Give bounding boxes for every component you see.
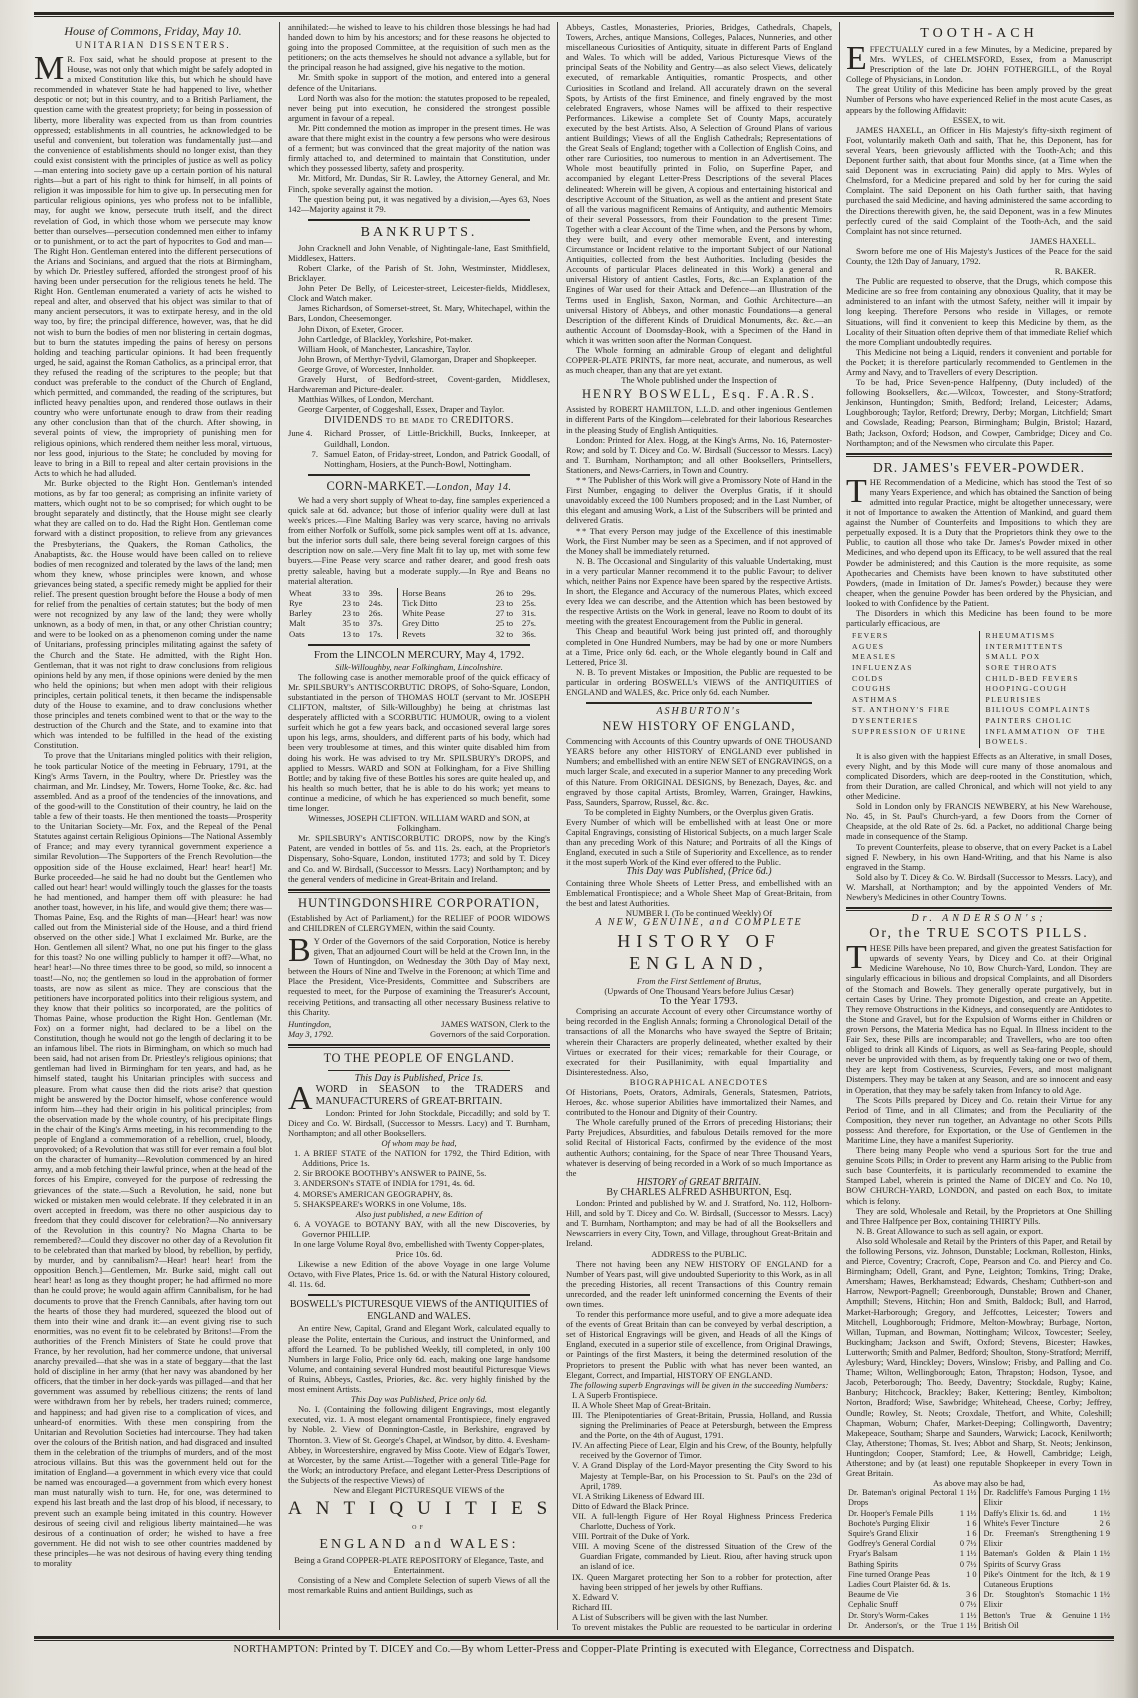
column-2: annihilated:—he wished to leave to his c… [288, 22, 550, 1630]
grain-price-cell: Oats [288, 629, 333, 639]
medicine-price-row: Cephalic Snuff0 7½ [848, 1600, 977, 1610]
scots-text: HESE Pills have been prepared, and given… [846, 943, 1112, 1094]
column-3: Abbeys, Castles, Monasteries, Priories, … [566, 22, 832, 1630]
medicine-price-left: Dr. Bateman's original Pectoral Drops1 1… [846, 1488, 979, 1630]
drop-cap: E [846, 45, 867, 73]
grain-price-row: Oats13to17s.Revets32to36s. [288, 629, 550, 639]
medicine-price-right: Dr. Radcliffe's Famous Purging Elixir1 1… [979, 1488, 1112, 1630]
grain-price-cell: 24s. [368, 598, 398, 608]
dividend-text: Samuel Eaton, of Friday-street, London, … [324, 449, 550, 469]
sig-date: May 3, 1792. [288, 1029, 333, 1039]
book-list-item: 3. ANDERSON's STATE of INDIA for 1791, 4… [288, 1178, 550, 1188]
engraving-item: VIII. A moving Scene of the distressed S… [566, 1541, 832, 1571]
grain-price-cell: to [352, 588, 368, 598]
medicine-price: 1 9 [1097, 1570, 1110, 1590]
sig-clerk: JAMES WATSON, Clerk to theGovernors of t… [430, 1019, 550, 1039]
sig-place-name: Huntingdon, [288, 1019, 331, 1029]
medicine-price-row: Dr. Stoughton's Stomachic Elixir1 1½ [984, 1590, 1111, 1610]
article-paragraph: Mr. Burke objected to the Right Hon. Gen… [34, 478, 272, 751]
disorder-item: HOOPING-COUGH [986, 684, 1107, 695]
lincoln-mercury-subtitle: Silk-Willoughby, near Folkingham, Lincol… [288, 662, 550, 672]
medicine-price-table: Dr. Bateman's original Pectoral Drops1 1… [846, 1488, 1112, 1630]
disorders-left-column: FEVERSAGUESMEASLESINFLUENZASCOLDSCOUGHSA… [846, 631, 979, 748]
disorder-item: AGUES [852, 642, 973, 653]
medicine-price-row: Dr. Story's Worm-Cakes1 1½ [848, 1611, 977, 1621]
item-description: In one large Volume Royal 8vo, embellish… [288, 1239, 550, 1259]
scots-pills-title: Or, the TRUE SCOTS PILLS. [846, 926, 1112, 941]
page-edge-shadow [1124, 0, 1138, 1698]
anderson-name: Dr. ANDERSON's; [846, 914, 1112, 924]
engraving-item: X. Edward V. [566, 1592, 832, 1602]
likewise-text: Likewise a new Edition of the above Voya… [288, 1259, 550, 1289]
medicine-name: Beaume de Vie [848, 1590, 899, 1600]
medicine-name: Daffy's Elixir 1s. 6d. and [984, 1509, 1067, 1519]
medicine-price-row: Dr. Anderson's, or the True Scots Pills1… [848, 1621, 977, 1630]
sold-also: Sold also by T. Dicey & Co. W. Birdsall … [846, 872, 1112, 902]
also-published: Also just published, a new Edition of [288, 1209, 550, 1219]
medicine-price-row: Fryar's Balsam1 1½ [848, 1549, 977, 1559]
bankrupt-entry: Matthias Wilkes, of London, Merchant. [288, 394, 550, 404]
disorders-table: FEVERSAGUESMEASLESINFLUENZASCOLDSCOUGHSA… [846, 631, 1112, 748]
sold-london: Sold in London only by FRANCIS NEWBERY, … [846, 801, 1112, 841]
book-list-item: 6. A VOYAGE to BOTANY BAY, with all the … [288, 1219, 550, 1239]
grain-price-cell: Horse Beans [398, 588, 487, 598]
engraving-item: IV. An affecting Piece of Lear, Elgin an… [566, 1440, 832, 1460]
bankrupt-entry: Robert Clarke, of the Parish of St. John… [288, 263, 550, 283]
medicine-price [974, 1580, 977, 1590]
article-paragraph: Lord North was also for the motion: the … [288, 93, 550, 123]
medicine-price-row: Godfrey's General Cordial0 7½ [848, 1539, 977, 1549]
disorder-item: RHEUMATISMS [986, 631, 1107, 642]
medicine-price-row: Dr. Hooper's Female Pills1 1½ [848, 1509, 977, 1519]
bankrupt-entry: Gravely Hurst, of Bedford-street, Covent… [288, 374, 550, 394]
medicine-price: 1 6 [963, 1519, 976, 1529]
as-above: As above may also be had, [846, 1478, 1112, 1488]
engraving-item: VIII. Portrait of the Duke of York. [566, 1531, 832, 1541]
grain-price-cell: 31s. [521, 608, 550, 618]
grain-price-cell: White Pease [398, 608, 487, 618]
grain-price-cell: Rye [288, 598, 333, 608]
witnesses: Witnesses, JOSEPH CLIFTON. WILLIAM WARD … [288, 813, 550, 833]
section-rule [288, 1044, 550, 1048]
medicine-price-row: Bateman's Golden & Plain Spirits of Scur… [984, 1549, 1111, 1569]
baker-signature: R. BAKER. [846, 266, 1112, 276]
medicine-name: Dr. Story's Worm-Cakes [848, 1611, 929, 1621]
corn-market-dateline: —London, May 14. [426, 482, 511, 493]
grain-price-table: Wheat33to39s.Horse Beans26to29s.Rye23to2… [288, 588, 550, 639]
grain-price-cell: to [352, 608, 368, 618]
medicine-name: White's Fever Tincture [984, 1519, 1060, 1529]
whole-pruned: The Whole carefully pruned of the Errors… [566, 1117, 832, 1178]
drop-cap: M [34, 55, 64, 83]
engravings-list: I. A Superb Frontispiece.II. A Whole She… [566, 1390, 832, 1630]
published-notice: This Day is Published, Price 1s. [288, 1074, 550, 1084]
scots-paragraph: Also sold Wholesale and Retail by the Pr… [846, 1236, 1112, 1478]
medicine-price: 1 1½ [957, 1488, 977, 1508]
affidavit-text: JAMES HAXELL, an Officer in His Majesty'… [846, 125, 1112, 236]
ashburton-title: NEW HISTORY OF ENGLAND, [566, 719, 832, 734]
tooth-lead: FFECTUALLY cured in a few Minutes, by a … [846, 44, 1112, 84]
disorder-item: ST. ANTHONY'S FIRE [852, 705, 973, 716]
fever-text: HE Recommendation of a Medicine, which h… [846, 477, 1112, 608]
note-paragraph: * * That every Person may judge of the E… [566, 526, 832, 556]
section-rule [288, 889, 550, 893]
disorder-item: PLEURISIES [986, 695, 1107, 706]
grain-price-cell: to [352, 618, 368, 628]
medicine-price-row: Dr. Radcliffe's Famous Purging Elixir1 1… [984, 1488, 1111, 1508]
sworn-text: Sworn before me one of His Majesty's Jus… [846, 246, 1112, 266]
engraving-item: To prevent mistakes the Public are reque… [566, 1622, 832, 1630]
engraving-item: A List of Subscribers will be given with… [566, 1612, 832, 1622]
grain-price-cell: 13 [333, 629, 352, 639]
grain-price-cell: to [505, 629, 521, 639]
every-number: Every Number of which will be embellishe… [566, 817, 832, 867]
grain-price-cell: 23 [333, 608, 352, 618]
grain-price-cell: 23 [333, 598, 352, 608]
lincoln-mercury-title: From the LINCOLN MERCURY, May 4, 1792. [288, 649, 550, 662]
superb-intro: The following superb Engravings will be … [566, 1380, 832, 1390]
disorder-item: FEVERS [852, 631, 973, 642]
medicine-name: Bathing Spirits [848, 1560, 898, 1570]
medicine-price: 1 6 [963, 1529, 976, 1539]
medicine-price-row: Bathing Spirits0 7½ [848, 1560, 977, 1570]
grain-price-cell: Wheat [288, 588, 333, 598]
huntingdon-signature: Huntingdon,May 3, 1792. JAMES WATSON, Cl… [288, 1019, 550, 1039]
masthead-rule [34, 12, 1114, 17]
new-elegant: New and Elegant PICTURESQUE VIEWS of the [288, 1485, 550, 1495]
section-header-bankrupts: BANKRUPTS. [288, 224, 550, 241]
grain-price-cell: 23 [486, 598, 505, 608]
article-paragraph: Mr. Smith spoke in support of the motion… [288, 72, 550, 92]
grain-price-cell: Revets [398, 629, 487, 639]
bankrupt-entry: James Richardson, of Somerset-street, St… [288, 303, 550, 323]
medicine-price: 1 1½ [957, 1549, 977, 1559]
article-paragraph: Mr. Pitt condemned the motion as imprope… [288, 123, 550, 173]
medicine-price: 0 7½ [957, 1560, 977, 1570]
grain-price-cell: 29s. [521, 588, 550, 598]
dividend-date: 7. [288, 449, 324, 469]
bankrupt-entry: John Dixon, of Exeter, Grocer. [288, 324, 550, 334]
section-rule [846, 453, 1112, 457]
history-of-england: HISTORY OF ENGLAND, [566, 930, 832, 974]
book-list-item: 2. Sir BROOKE BOOTHBY's ANSWER to PAINE,… [288, 1168, 550, 1178]
dividend-row: June 4. Richard Prosser, of Little-Brick… [288, 428, 550, 448]
column-1: House of Commons, Friday, May 10. UNITAR… [34, 22, 272, 1630]
essex-heading: ESSEX, to wit. [846, 115, 1112, 125]
scots-paragraph: N. B. Great Allowance to such as sell ag… [846, 1226, 1112, 1236]
medicine-price: 1 1½ [1090, 1509, 1110, 1519]
sig-name: JAMES WATSON, Clerk to the [441, 1019, 550, 1029]
medicine-price: 1 1½ [1090, 1611, 1110, 1630]
drop-cap: T [846, 944, 867, 972]
london-printed: London: Printed for Alex. Hogg, at the K… [566, 435, 832, 475]
of-word: OF [288, 1523, 550, 1533]
to-year: To the Year 1793. [566, 996, 832, 1006]
note-paragraph: * * The Publisher of this Work will give… [566, 475, 832, 525]
book-list-item: 1. A BRIEF STATE of the NATION for 1792,… [288, 1148, 550, 1168]
section-rule [308, 644, 530, 646]
disorder-item: INTERMITTENTS [986, 642, 1107, 653]
medicine-name: Dr. Bateman's original Pectoral Drops [848, 1488, 957, 1508]
word-in-season-headline: WORD in SEASON to the TRADERS and MANUFA… [316, 1084, 550, 1107]
grain-price-row: Barley23to26s.White Pease27to31s. [288, 608, 550, 618]
drop-cap: B [288, 937, 311, 965]
disorder-item: INFLAMMATION OF THE BOWELS. [986, 727, 1107, 748]
medicine-name: Squire's Grand Elixir [848, 1529, 918, 1539]
medicine-price-row: Daffy's Elixir 1s. 6d. and1 1½ [984, 1509, 1111, 1519]
medicine-price-row: Bochote's Purging Elixir1 6 [848, 1519, 977, 1529]
scots-paragraph: They are sold, Wholesale and Retail, by … [846, 1206, 1112, 1226]
medicine-price: 3 6 [963, 1590, 976, 1600]
book-list-item: 5. SHAKSPEARE's WORKS in one Volume, 18s… [288, 1199, 550, 1209]
medicine-name: Fine turned Orange Peas [848, 1570, 930, 1580]
dividend-text: Richard Prosser, of Little-Brickhill, Bu… [324, 428, 550, 448]
disorder-item: CHILD-BED FEVERS [986, 674, 1107, 685]
medicine-price-row: White's Fever Tincture2 6 [984, 1519, 1111, 1529]
grain-price-cell: 25s. [521, 598, 550, 608]
bankrupt-entry: John Cracknell and John Venable, of Nigh… [288, 243, 550, 263]
medicine-price-row: Beaume de Vie3 6 [848, 1590, 977, 1600]
medicine-price: 1 1½ [1090, 1488, 1110, 1508]
corn-market-report: We had a very short supply of Wheat to-d… [288, 495, 550, 586]
genuine-complete: A NEW, GENUINE, and COMPLETE [566, 918, 832, 928]
ashburton-name: ASHBURTON's [566, 707, 832, 717]
medicine-price: 1 1½ [1090, 1590, 1110, 1610]
eighty-numbers: To be completed in Eighty Numbers, or th… [566, 807, 832, 817]
medicine-price: 0 7½ [957, 1539, 977, 1549]
to-be-had: To be had, Price Seven-pence Halfpenny, … [846, 377, 1112, 448]
scots-paragraph: The Scots Pills prepared by Dicey and Co… [846, 1095, 1112, 1145]
disorder-item: MEASLES [852, 652, 973, 663]
medicine-price: 1 0 [963, 1570, 976, 1580]
bankrupt-entry: John Cartledge, of Blackley, Yorkshire, … [288, 334, 550, 344]
section-rule [586, 702, 812, 704]
printer-imprint: NORTHAMPTON: Printed by T. DICEY and Co.… [34, 1643, 1114, 1656]
grain-price-cell: to [352, 629, 368, 639]
article-paragraph: R. Fox said, what he should propose at p… [34, 54, 272, 478]
engraving-item: I. A Superb Frontispiece. [566, 1390, 832, 1400]
disorder-item: ASTHMAS [852, 695, 973, 706]
boswell-title: BOSWELL's PICTURESQUE VIEWS of the ANTIQ… [288, 1299, 550, 1323]
medicine-name: Ladies Court Plaister 6d. & 1s. [848, 1580, 951, 1590]
bio-title: BIOGRAPHICAL ANECDOTES [566, 1077, 832, 1087]
disorder-item: PAINTERS CHOLIC [986, 716, 1107, 727]
boswell-no1: No. I. (Containing the following diligen… [288, 1404, 550, 1485]
of-whom: Of whom may be had, [288, 1138, 550, 1148]
medicine-name: Dr. Radcliffe's Famous Purging Elixir [984, 1488, 1091, 1508]
dividends-header: DIVIDENDS to be made to CREDITORS. [288, 416, 550, 426]
drop-cap: A [288, 1085, 313, 1113]
medicine-name: Dr. Freeman's Strengthening Elixir [984, 1529, 1097, 1549]
medicine-price-row: Dr. Bateman's original Pectoral Drops1 1… [848, 1488, 977, 1508]
column-divider [839, 22, 840, 1630]
medicine-name: Cephalic Snuff [848, 1600, 898, 1610]
render-text: To render this performance more useful, … [566, 1309, 832, 1380]
grain-price-cell: Barley [288, 608, 333, 618]
inspection-line: The Whole published under the Inspection… [566, 375, 832, 385]
consisting-text: Consisting of a New and Complete Selecti… [288, 1575, 550, 1595]
disorder-item: BILIOUS COMPLAINTS [986, 705, 1107, 716]
medicine-price-row: Dr. Freeman's Strengthening Elixir1 9 [984, 1529, 1111, 1549]
england-wales-headline: ENGLAND and WALES: [288, 1536, 550, 1553]
medicine-name: Pike's Ointment for the Itch, & Cutaneou… [984, 1570, 1097, 1590]
medicine-price-row: Ladies Court Plaister 6d. & 1s. [848, 1580, 977, 1590]
huntingdon-notice: Y Order of the Governors of the said Cor… [288, 936, 550, 1017]
disorder-item: SUPPRESSION OF URINE [852, 727, 973, 738]
grain-price-cell: 36s. [521, 629, 550, 639]
from-first: From the First Settlement of Brutus, [566, 976, 832, 986]
column-divider [557, 22, 558, 1630]
dividend-row: 7. Samuel Eaton, of Friday-street, Londo… [288, 449, 550, 469]
grain-price-row: Malt35to37s.Grey Ditto25to27s. [288, 618, 550, 628]
grain-price-cell: to [505, 608, 521, 618]
engraving-item: VII. A full-length Figure of Her Royal H… [566, 1511, 832, 1531]
sig-place: Huntingdon,May 3, 1792. [288, 1019, 333, 1039]
article-paragraph: Mr. SPILSBURY's ANTISCORBUTIC DROPS, now… [288, 833, 550, 883]
by-author: By CHARLES ALFRED ASHBURTON, Esq. [566, 1188, 832, 1198]
disorder-item: SORE THROATS [986, 663, 1107, 674]
section-rule [308, 219, 530, 221]
corn-market-title: CORN-MARKET. [326, 479, 426, 493]
boswell-name: HENRY BOSWELL, Esq. F.A.R.S. [566, 387, 832, 402]
medicine-price: 1 1½ [957, 1621, 977, 1630]
ashburton-text: Commencing with Accounts of this Country… [566, 736, 832, 807]
engraving-item: III. The Plenipotentiaries of Great-Brit… [566, 1410, 832, 1440]
grain-price-cell: 35 [333, 618, 352, 628]
article-paragraph: annihilated:—he wished to leave to his c… [288, 22, 550, 72]
medicine-name: Bochote's Purging Elixir [848, 1519, 930, 1529]
disorder-item: COUGHS [852, 684, 973, 695]
medicine-price: 1 1½ [957, 1611, 977, 1621]
note-paragraph: N. B. The Occasional and Singularity of … [566, 556, 832, 627]
grain-price-row: Rye23to24s.Tick Ditto23to25s. [288, 598, 550, 608]
address-title: ADDRESS to the PUBLIC. [566, 1249, 832, 1259]
grain-price-cell: to [505, 618, 521, 628]
grain-price-cell: Tick Ditto [398, 598, 487, 608]
address-text: There not having been any NEW HISTORY OF… [566, 1259, 832, 1309]
medicine-price-row: Pike's Ointment for the Itch, & Cutaneou… [984, 1570, 1111, 1590]
article-paragraph: The question being put, it was negatived… [288, 194, 550, 214]
medicine-price: 1 1½ [957, 1509, 977, 1519]
grain-price-cell: to [505, 598, 521, 608]
boswell-description: An entire New, Capital, Grand and Elegan… [288, 1323, 550, 1394]
medicine-price-row: Betton's True & Genuine British Oil1 1½ [984, 1611, 1111, 1630]
medicine-price: 1 1½ [1090, 1549, 1110, 1569]
haxell-signature: JAMES HAXELL. [846, 236, 1112, 246]
short-rule [328, 1070, 510, 1071]
medicine-name: Dr. Anderson's, or the True Scots Pills [848, 1621, 957, 1630]
column-4: TOOTH-ACH EFFECTUALLY cured in a few Min… [846, 22, 1112, 1630]
tooth-paragraph: The great Utility of this Medicine has b… [846, 84, 1112, 114]
footer-rule [34, 1636, 1114, 1641]
imprint-text: London: Printed for John Stockdale, Picc… [288, 1108, 550, 1138]
section-header-corn-market: CORN-MARKET.—London, May 14. [288, 479, 550, 495]
section-rule [846, 907, 1112, 911]
engraving-item: II. A Whole Sheet Map of Great-Britain. [566, 1400, 832, 1410]
medicine-price: 1 9 [1097, 1529, 1110, 1549]
antiquities-headline: ANTIQUITIES [288, 1497, 550, 1521]
medicine-price: 0 7½ [957, 1600, 977, 1610]
medicine-price: 2 6 [1097, 1519, 1110, 1529]
bio-text: Of Historians, Poets, Orators, Admirals,… [566, 1087, 832, 1117]
price-6d: This Day was Published, (Price 6d.) [566, 867, 832, 877]
bankrupt-entry: William Hook, of Manchester, Lancashire,… [288, 344, 550, 354]
prevent-counterfeits: To prevent Counterfeits, please to obser… [846, 842, 1112, 872]
article-paragraph: Abbeys, Castles, Monasteries, Priories, … [566, 22, 832, 345]
section-rule [308, 1294, 530, 1296]
engraving-item: Ditto of Edward the Black Prince. [566, 1501, 832, 1511]
medicine-name: Dr. Hooper's Female Pills [848, 1509, 933, 1519]
article-paragraph: Mr. Mitford, Mr. Dundas, Sir R. Lawley, … [288, 173, 550, 193]
grain-price-cell: to [505, 588, 521, 598]
disorder-item: INFLUENZAS [852, 663, 973, 674]
disorder-item: COLDS [852, 674, 973, 685]
grain-price-cell: 27 [486, 608, 505, 618]
grain-price-cell: Grey Ditto [398, 618, 487, 628]
bankrupt-entry: John Brown, of Merthyr-Tydvil, Glamorgan… [288, 354, 550, 364]
grain-price-cell: 39s. [368, 588, 398, 598]
assisted-text: Assisted by ROBERT HAMILTON, L.L.D. and … [566, 404, 832, 434]
grain-price-cell: to [352, 598, 368, 608]
grain-price-cell: 17s. [368, 629, 398, 639]
engraving-item: V. A Grand Display of the Lord-Mayor pre… [566, 1460, 832, 1490]
medicine-price-row: Fine turned Orange Peas1 0 [848, 1570, 977, 1580]
medicine-name: Godfrey's General Cordial [848, 1539, 936, 1549]
section-rule [308, 474, 530, 476]
drop-cap: T [846, 478, 867, 506]
grain-price-cell: 37s. [368, 618, 398, 628]
disorder-item: DYSENTERIES [852, 716, 973, 727]
grain-price-cell: 33 [333, 588, 352, 598]
public-requested: The Public are requested to observe, tha… [846, 276, 1112, 347]
this-day-published: This Day was Published, Price only 6d. [288, 1394, 550, 1404]
article-paragraph: The Whole forming an admirable Group of … [566, 345, 832, 375]
medicine-name: Fryar's Balsam [848, 1549, 898, 1559]
scots-paragraph: There being many People who vend a spuri… [846, 1145, 1112, 1206]
book-list-item: 4. MORSE's AMERICAN GEOGRAPHY, 8s. [288, 1189, 550, 1199]
engraving-item: Richard III. [566, 1602, 832, 1612]
huntingdon-subtitle: (Established by Act of Parliament,) for … [288, 913, 550, 933]
printed-stratford: London: Printed and published by W. and … [566, 1198, 832, 1248]
tooth-ach-title: TOOTH-ACH [846, 25, 1112, 42]
dividend-date: June 4. [288, 428, 324, 448]
disorder-item: SMALL POX [986, 652, 1107, 663]
huntingdon-title: HUNTINGDONSHIRE CORPORATION, [288, 896, 550, 911]
grain-price-cell: Malt [288, 618, 333, 628]
section-header-commons: House of Commons, Friday, May 10. [34, 24, 272, 39]
engraving-item: IX. Queen Margaret protecting her Son to… [566, 1572, 832, 1592]
section-subheader-unitarian: UNITARIAN DISSENTERS. [34, 40, 272, 52]
column-divider [279, 22, 280, 1630]
engraving-item: VI. A Striking Likeness of Edward III. [566, 1491, 832, 1501]
bankrupt-entry: John Peter De Belly, of Leicester-street… [288, 283, 550, 303]
not-liquid: This Medicine not being a Liquid, render… [846, 347, 1112, 377]
grain-price-cell: 27s. [521, 618, 550, 628]
fever-powder-title: DR. JAMES's FEVER-POWDER. [846, 460, 1112, 475]
grain-price-cell: 26s. [368, 608, 398, 618]
grain-price-row: Wheat33to39s.Horse Beans26to29s. [288, 588, 550, 598]
note-paragraph: This Cheap and beautiful Work being just… [566, 626, 832, 666]
comprising: Comprising an accurate Account of every … [566, 1006, 832, 1077]
disorders-intro: The Disorders in which this Medicine has… [846, 608, 1112, 628]
alterative: It is also given with the happiest Effec… [846, 751, 1112, 801]
grain-price-cell: 25 [486, 618, 505, 628]
medicine-name: Bateman's Golden & Plain Spirits of Scur… [984, 1549, 1091, 1569]
disorders-right-column: RHEUMATISMSINTERMITTENTSSMALL POXSORE TH… [979, 631, 1112, 748]
medicine-price-row: Squire's Grand Elixir1 6 [848, 1529, 977, 1539]
repository-text: Being a Grand COPPER-PLATE REPOSITORY of… [288, 1555, 550, 1575]
article-paragraph: The following case is another memorable … [288, 672, 550, 813]
